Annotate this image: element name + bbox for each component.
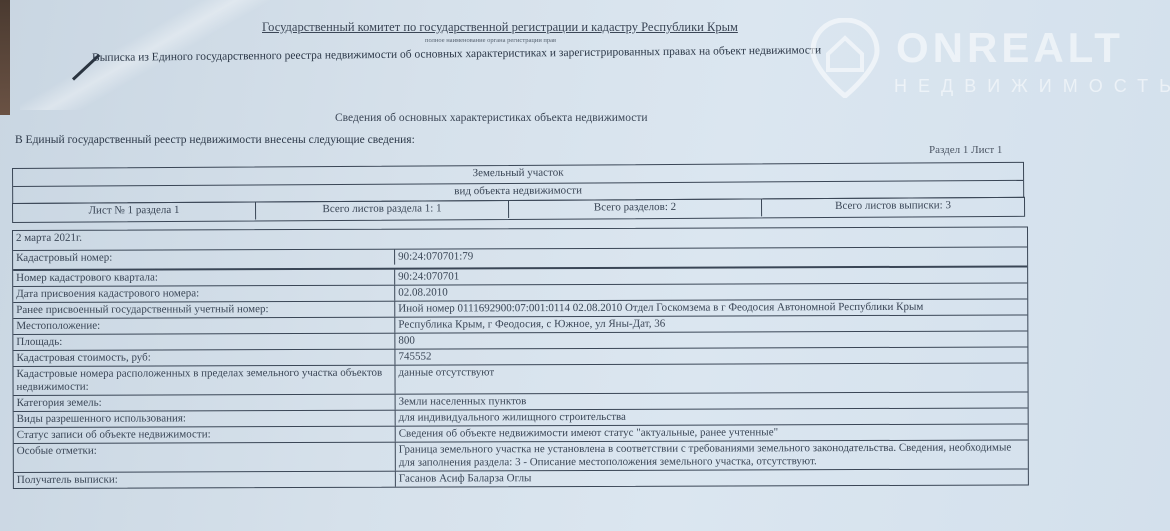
field-value: Иной номер 0111692900:07:001:0114 02.08.… (395, 299, 1027, 316)
field-value: Гасанов Асиф Баларза Оглы (396, 469, 1028, 486)
table-row: Кадастровые номера расположенных в преде… (13, 362, 1027, 395)
characteristics-table: 2 марта 2021г. Кадастровый номер: 90:24:… (12, 226, 1029, 489)
sheet-number: Лист № 1 раздела 1 (13, 203, 255, 221)
field-label: Особые отметки: (14, 443, 396, 472)
table-edge (0, 0, 10, 115)
section-heading: Сведения об основных характеристиках объ… (335, 112, 648, 124)
field-label: Местоположение: (13, 318, 395, 334)
table-row: Номер кадастрового квартала: 90:24:07070… (13, 265, 1027, 286)
field-label: Кадастровый номер: (13, 250, 395, 266)
field-value: 800 (395, 331, 1027, 348)
field-value: для индивидуального жилищного строительс… (396, 408, 1028, 425)
watermark-subtitle: НЕДВИЖИМОСТЬ (894, 76, 1170, 97)
field-value: 02.08.2010 (395, 283, 1027, 300)
watermark-brand: ONREALT (896, 24, 1124, 72)
field-label: Площадь: (13, 334, 395, 350)
field-label: Кадастровые номера расположенных в преде… (13, 366, 395, 395)
field-label: Номер кадастрового квартала: (13, 270, 395, 286)
table-row: Особые отметки: Граница земельного участ… (14, 439, 1028, 472)
field-label: Дата присвоения кадастрового номера: (13, 286, 395, 302)
field-label: Ранее присвоенный государственный учетны… (13, 302, 395, 318)
extract-sheets-total: Всего листов выписки: 3 (761, 198, 1024, 217)
issuing-authority: Государственный комитет по государственн… (262, 20, 738, 35)
field-label: Кадастровая стоимость, руб: (13, 350, 395, 366)
field-value: 745552 (395, 347, 1027, 364)
field-value: Сведения об объекте недвижимости имеют с… (396, 424, 1028, 441)
extract-date: 2 марта 2021г. (13, 227, 1027, 250)
field-value: Земли населенных пунктов (396, 392, 1028, 409)
cadastral-number: 90:24:070701:79 (395, 247, 1027, 264)
field-label: Получатель выписки: (14, 472, 396, 488)
field-value: Республика Крым, г Феодосия, с Южное, ул… (395, 315, 1027, 332)
issuing-authority-caption: полное наименование органа регистрации п… (425, 37, 556, 44)
section-sheets-total: Всего листов раздела 1: 1 (255, 201, 508, 220)
intro-text: В Единый государственный реестр недвижим… (15, 134, 415, 146)
watermark: ONREALT НЕДВИЖИМОСТЬ (810, 18, 1170, 108)
field-value: Граница земельного участка не установлен… (396, 440, 1028, 470)
field-value: данные отсутствуют (395, 363, 1027, 393)
section-sheet-label: Раздел 1 Лист 1 (929, 144, 1002, 156)
field-label: Виды разрешенного использования: (14, 411, 396, 427)
house-pin-icon (810, 18, 880, 98)
field-label: Категория земель: (14, 395, 396, 411)
field-label: Статус записи об объекте недвижимости: (14, 427, 396, 443)
sections-total: Всего разделов: 2 (508, 199, 761, 218)
field-value: 90:24:070701 (395, 267, 1027, 284)
